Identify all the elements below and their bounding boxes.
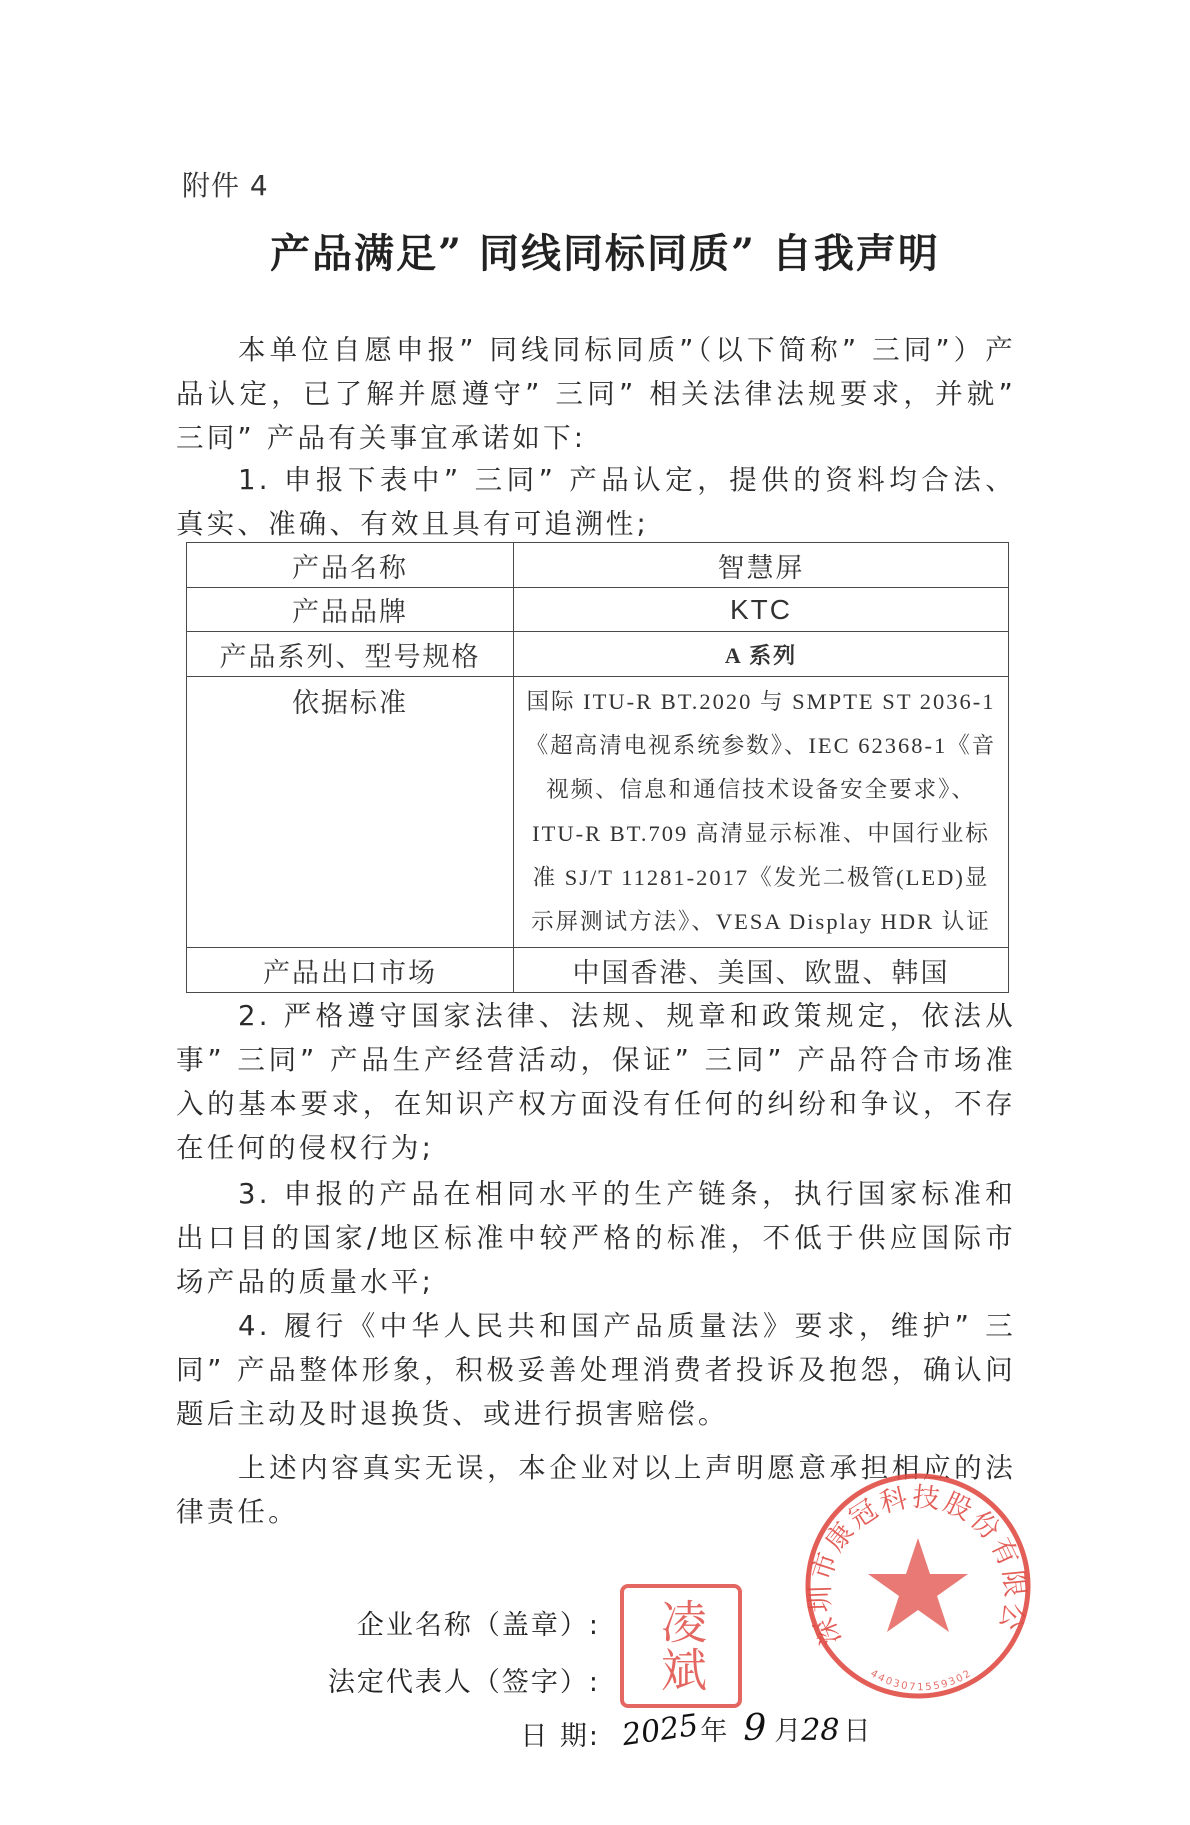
date-day-unit: 日 <box>843 1709 870 1748</box>
row-label-standards: 依据标准 <box>187 677 514 948</box>
personal-seal: 凌斌 <box>620 1584 742 1708</box>
personal-seal-text: 凌斌 <box>648 1598 714 1694</box>
row-value-export-markets: 中国香港、美国、欧盟、韩国 <box>514 948 1009 993</box>
table-row: 产品出口市场 中国香港、美国、欧盟、韩国 <box>187 948 1009 993</box>
clause-2: 2. 严格遵守国家法律、法规、规章和政策规定，依法从事” 三同” 产品生产经营活… <box>176 994 1016 1170</box>
row-value-standards: 国际 ITU-R BT.2020 与 SMPTE ST 2036-1《超高清电视… <box>514 677 1009 948</box>
date-month-unit: 月 <box>774 1709 801 1748</box>
table-row: 产品名称 智慧屏 <box>187 543 1009 588</box>
clause-1: 1. 申报下表中” 三同” 产品认定，提供的资料均合法、真实、准确、有效且具有可… <box>176 458 1016 546</box>
table-row: 产品系列、型号规格 A 系列 <box>187 632 1009 677</box>
row-label-series: 产品系列、型号规格 <box>187 632 514 677</box>
company-name-label: 企业名称（盖章）: <box>300 1603 600 1642</box>
row-label-product-name: 产品名称 <box>187 543 514 588</box>
date-year-unit: 年 <box>700 1709 727 1748</box>
clause-3: 3. 申报的产品在相同水平的生产链条，执行国家标准和出口目的国家/地区标准中较严… <box>176 1172 1016 1304</box>
clause-4: 4. 履行《中华人民共和国产品质量法》要求，维护” 三同” 产品整体形象，积极妥… <box>176 1304 1016 1436</box>
date-label: 日 期: <box>450 1714 600 1753</box>
row-label-export-markets: 产品出口市场 <box>187 948 514 993</box>
legal-rep-label: 法定代表人（签字）: <box>300 1660 600 1699</box>
date-day: 28 <box>801 1713 839 1748</box>
product-info-table: 产品名称 智慧屏 产品品牌 KTC 产品系列、型号规格 A 系列 依据标准 国际… <box>186 542 1009 993</box>
table-row: 依据标准 国际 ITU-R BT.2020 与 SMPTE ST 2036-1《… <box>187 677 1009 948</box>
row-label-brand: 产品品牌 <box>187 588 514 632</box>
company-seal: 深圳市康冠科技股份有限公司 4403071559302 <box>802 1470 1034 1702</box>
company-seal-icon: 深圳市康冠科技股份有限公司 4403071559302 <box>802 1470 1034 1702</box>
row-value-brand: KTC <box>514 588 1009 632</box>
table-row: 产品品牌 KTC <box>187 588 1009 632</box>
signature-date: 2025 年 9 月 28 日 <box>622 1708 870 1768</box>
date-month: 9 <box>743 1708 766 1749</box>
date-year: 2025 <box>620 1708 700 1753</box>
document-title: 产品满足” 同线同标同质” 自我声明 <box>0 222 1190 279</box>
row-value-product-name: 智慧屏 <box>514 543 1009 588</box>
attachment-label: 附件 4 <box>182 164 269 204</box>
intro-paragraph: 本单位自愿申报” 同线同标同质”（以下简称” 三同”）产品认定，已了解并愿遵守”… <box>176 328 1016 460</box>
row-value-series: A 系列 <box>514 632 1009 677</box>
